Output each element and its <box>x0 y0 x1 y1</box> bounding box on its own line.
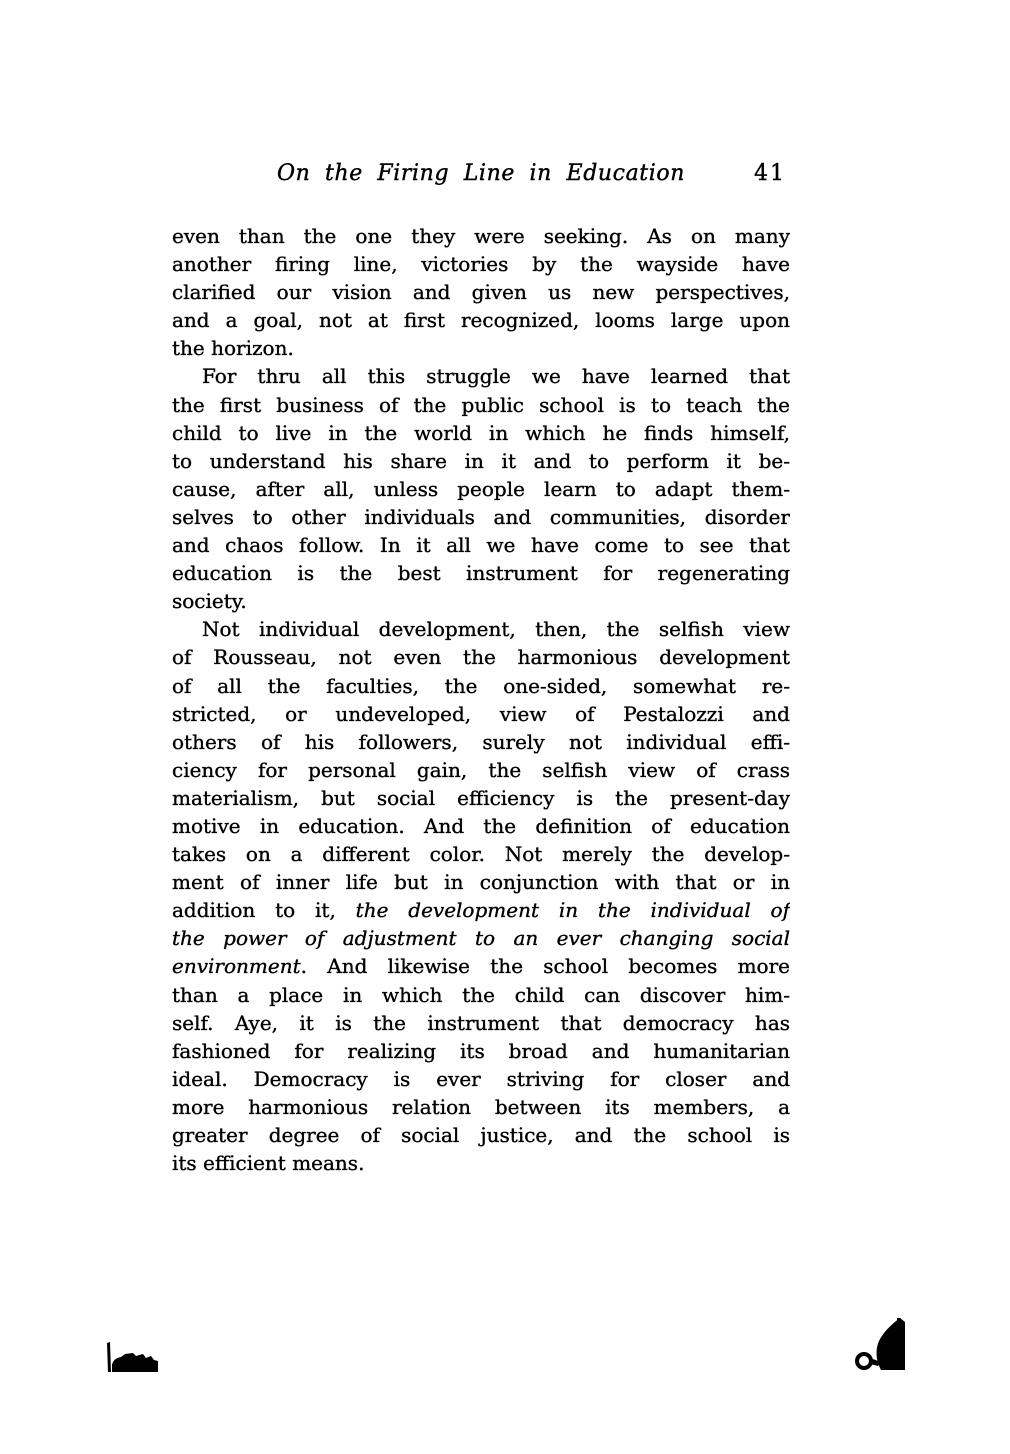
text-segment: Not individual development, then, the se… <box>202 617 790 641</box>
text-line: self. Aye, it is the instrument that dem… <box>172 1009 790 1037</box>
text-segment: clarified our vision and given us new pe… <box>172 280 790 304</box>
text-line: fashioned for realizing its broad and hu… <box>172 1037 790 1065</box>
text-line: the horizon. <box>172 334 790 362</box>
text-segment: the first business of the public school … <box>172 393 790 417</box>
text-segment: child to live in the world in which he f… <box>172 421 790 445</box>
text-line: ment of inner life but in conjunction wi… <box>172 868 790 896</box>
text-line: of Rousseau, not even the harmonious dev… <box>172 643 790 671</box>
text-line: and chaos follow. In it all we have come… <box>172 531 790 559</box>
text-line: the first business of the public school … <box>172 391 790 419</box>
text-segment: even than the one they were seeking. As … <box>172 224 790 248</box>
text-block: even than the one they were seeking. As … <box>172 222 790 1177</box>
text-segment: ciency for personal gain, the selfish vi… <box>172 758 790 782</box>
text-segment: addition to it, <box>172 898 356 922</box>
italic-text-segment: the development in the individual of <box>356 898 790 922</box>
text-segment: the horizon. <box>172 336 294 360</box>
text-segment: its efficient means. <box>172 1151 364 1175</box>
text-line: even than the one they were seeking. As … <box>172 222 790 250</box>
text-line: greater degree of social justice, and th… <box>172 1121 790 1149</box>
text-line: of all the faculties, the one-sided, som… <box>172 672 790 700</box>
text-line: than a place in which the child can disc… <box>172 981 790 1009</box>
text-segment: others of his followers, surely not indi… <box>172 730 790 754</box>
ink-smudge-left-icon <box>100 1338 165 1378</box>
text-line: society. <box>172 587 790 615</box>
text-segment: greater degree of social justice, and th… <box>172 1123 790 1147</box>
text-line: and a goal, not at first recognized, loo… <box>172 306 790 334</box>
text-segment: and a goal, not at first recognized, loo… <box>172 308 790 332</box>
text-line: child to live in the world in which he f… <box>172 419 790 447</box>
text-segment: takes on a different color. Not merely t… <box>172 842 790 866</box>
text-line: motive in education. And the definition … <box>172 812 790 840</box>
italic-text-segment: the power of adjustment to an ever chang… <box>172 926 790 950</box>
text-line: For thru all this struggle we have learn… <box>172 362 790 390</box>
text-line: others of his followers, surely not indi… <box>172 728 790 756</box>
text-line: the power of adjustment to an ever chang… <box>172 924 790 952</box>
text-segment: ment of inner life but in conjunction wi… <box>172 870 790 894</box>
text-segment: motive in education. And the definition … <box>172 814 790 838</box>
text-line: takes on a different color. Not merely t… <box>172 840 790 868</box>
text-line: to understand his share in it and to per… <box>172 447 790 475</box>
text-line: stricted, or undeveloped, view of Pestal… <box>172 700 790 728</box>
text-segment: another firing line, victories by the wa… <box>172 252 790 276</box>
text-segment: to understand his share in it and to per… <box>172 449 790 473</box>
text-line: cause, after all, unless people learn to… <box>172 475 790 503</box>
text-line: addition to it, the development in the i… <box>172 896 790 924</box>
text-segment: and chaos follow. In it all we have come… <box>172 533 790 557</box>
book-page: On the Firing Line in Education 41 even … <box>0 0 1010 1454</box>
ink-smudge-right-icon <box>848 1313 912 1373</box>
text-segment: education is the best instrument for reg… <box>172 561 790 585</box>
italic-text-segment: environment <box>172 954 301 978</box>
running-header: On the Firing Line in Education 41 <box>172 158 790 190</box>
text-line: ciency for personal gain, the selfish vi… <box>172 756 790 784</box>
text-segment: cause, after all, unless people learn to… <box>172 477 790 501</box>
text-segment: materialism, but social efficiency is th… <box>172 786 790 810</box>
text-line: education is the best instrument for reg… <box>172 559 790 587</box>
text-segment: For thru all this struggle we have learn… <box>202 364 790 388</box>
text-segment: fashioned for realizing its broad and hu… <box>172 1039 790 1063</box>
text-line: ideal. Democracy is ever striving for cl… <box>172 1065 790 1093</box>
running-header-title: On the Firing Line in Education <box>277 161 685 186</box>
text-line: materialism, but social efficiency is th… <box>172 784 790 812</box>
text-line: its efficient means. <box>172 1149 790 1177</box>
text-line: clarified our vision and given us new pe… <box>172 278 790 306</box>
text-line: another firing line, victories by the wa… <box>172 250 790 278</box>
text-line: Not individual development, then, the se… <box>172 615 790 643</box>
text-line: environment. And likewise the school bec… <box>172 952 790 980</box>
text-segment: than a place in which the child can disc… <box>172 983 790 1007</box>
text-segment: . And likewise the school becomes more <box>301 954 790 978</box>
text-segment: ideal. Democracy is ever striving for cl… <box>172 1067 790 1091</box>
text-segment: of Rousseau, not even the harmonious dev… <box>172 645 790 669</box>
text-segment: society. <box>172 589 247 613</box>
text-segment: self. Aye, it is the instrument that dem… <box>172 1011 790 1035</box>
text-segment: stricted, or undeveloped, view of Pestal… <box>172 702 790 726</box>
text-segment: selves to other individuals and communit… <box>172 505 790 529</box>
page-number: 41 <box>754 158 786 190</box>
text-segment: of all the faculties, the one-sided, som… <box>172 674 790 698</box>
text-segment: more harmonious relation between its mem… <box>172 1095 790 1119</box>
text-line: more harmonious relation between its mem… <box>172 1093 790 1121</box>
text-line: selves to other individuals and communit… <box>172 503 790 531</box>
